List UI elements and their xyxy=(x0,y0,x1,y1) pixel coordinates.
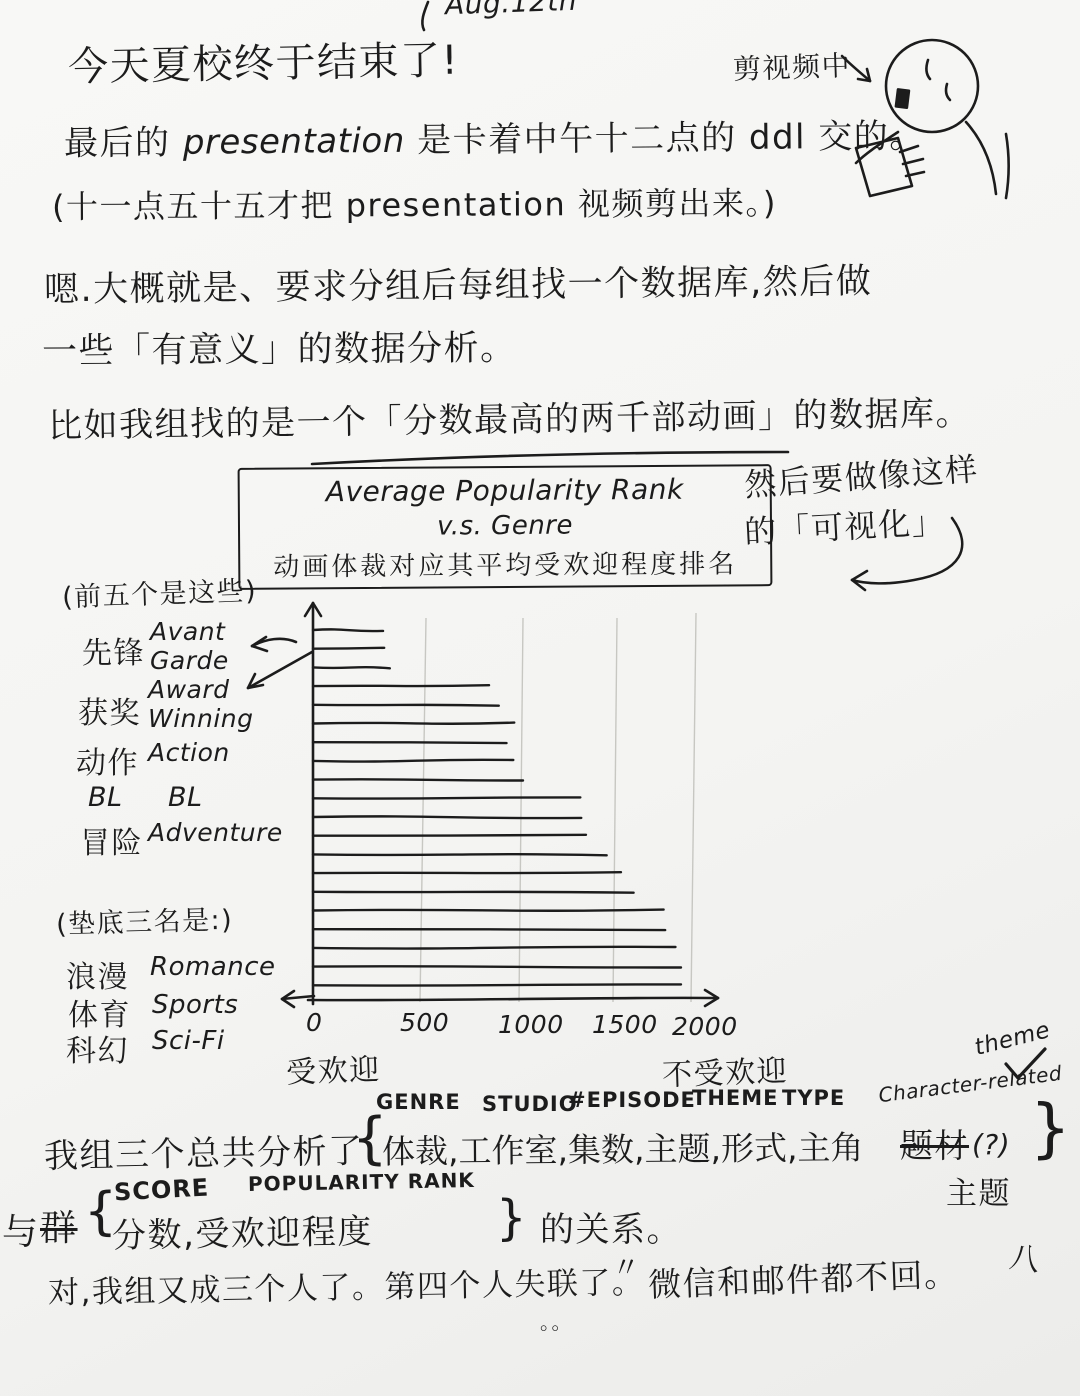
chart-axes xyxy=(305,603,718,1006)
chart-bar xyxy=(313,854,607,855)
note-line-4: 嗯.大概就是、要求分组后每组找一个数据库,然后做 xyxy=(44,254,873,313)
analysis-line1-close-brace: } xyxy=(1030,1092,1072,1166)
chart-gridlines xyxy=(420,613,696,1002)
theme-note: theme xyxy=(972,1017,1053,1061)
top5-heading: (前五个是这些) xyxy=(61,569,257,615)
chart-bar xyxy=(313,648,384,649)
x-axis-left-label: 受欢迎 xyxy=(285,1044,381,1091)
genre-zh-avant: 先锋 xyxy=(82,628,145,672)
analysis-line3b: 微信和邮件都不回。 xyxy=(647,1249,959,1307)
x-axis-arrowhead-icon xyxy=(705,990,718,1006)
chart-title-line2: v.s. Genre xyxy=(437,511,573,542)
analysis-line2-struck: 群 xyxy=(40,1200,78,1251)
chart-bar xyxy=(313,705,499,706)
note-line-5: 一些「有意义」的数据分析。 xyxy=(42,320,517,373)
genre-zh-scifi: 科幻 xyxy=(66,1026,129,1070)
chart-title-box: Average Popularity Rank v.s. Genre 动画体裁对… xyxy=(238,464,773,590)
dots-mark: 。。 xyxy=(540,1306,573,1335)
chart-bar xyxy=(313,984,681,985)
label-arrow-left-icon xyxy=(252,637,296,651)
analysis-line2-close-brace: } xyxy=(496,1190,528,1246)
col-label-theme: THEME xyxy=(692,1086,779,1110)
genre-zh-action: 动作 xyxy=(76,738,139,782)
analysis-line2-prefix: 与 xyxy=(2,1204,40,1255)
titlebox-top-stroke xyxy=(312,452,788,464)
col-label-episode: #EPISODE xyxy=(568,1088,696,1112)
x-tick-1000: 1000 xyxy=(498,1010,564,1039)
chart-bar xyxy=(313,667,390,668)
date-paren-stroke xyxy=(422,2,428,30)
note-line-2-pre: 最后的 xyxy=(64,123,171,164)
analysis-line1-struck: 题材 xyxy=(900,1120,969,1167)
chart-bar xyxy=(313,797,580,798)
genre-zh-adventure: 冒险 xyxy=(80,818,143,862)
note-line-6: 比如我组找的是一个「分数最高的两千部动画」的数据库。 xyxy=(48,386,972,448)
note-line-2-post: 是卡着中午十二点的 ddl 交的。 xyxy=(417,116,925,160)
chart-bar xyxy=(313,947,675,949)
col-label-studio: STUDIO xyxy=(482,1092,578,1116)
genre-en-romance: Romance xyxy=(150,952,276,982)
genre-en-sports: Sports xyxy=(152,990,238,1020)
bar-chart xyxy=(270,585,740,1055)
x-tick-500: 500 xyxy=(400,1008,449,1037)
bottom3-heading: (垫底三名是:) xyxy=(56,898,234,942)
emoticon-mark: 八 xyxy=(1007,1232,1044,1280)
date-fragment: Aug.12th xyxy=(444,0,577,21)
analysis-line1-question: (?) xyxy=(972,1128,1010,1161)
handwritten-note-page: Aug.12th 今天夏校终于结束了! 最后的 presentation 是卡着… xyxy=(0,0,1080,1396)
note-line-2: 最后的 presentation 是卡着中午十二点的 ddl 交的。 xyxy=(64,108,925,165)
score-label: SCORE xyxy=(113,1174,210,1207)
chart-bars xyxy=(313,629,681,985)
genre-en-action: Action xyxy=(148,738,230,767)
chart-bar xyxy=(313,872,621,873)
genre-zh-bl: BL xyxy=(88,782,123,813)
genre-en-scifi: Sci-Fi xyxy=(152,1026,225,1056)
analysis-line1-correction: 主题 xyxy=(946,1168,1011,1213)
chart-bar xyxy=(313,835,586,836)
analysis-line3: 对,我组又成三个人了。第四个人失联了。 xyxy=(48,1257,645,1312)
chart-bar xyxy=(313,892,634,893)
x-tick-1500: 1500 xyxy=(592,1010,658,1039)
x-tick-2000: 2000 xyxy=(672,1012,738,1041)
analysis-line1-prefix: 我组三个总共分析了 xyxy=(44,1123,364,1178)
y-axis-arrowhead-icon xyxy=(305,603,321,616)
genre-en-avant: Avant Garde xyxy=(150,618,236,676)
genre-en-bl: BL xyxy=(168,782,203,813)
chart-bar xyxy=(313,742,507,743)
viz-note-line2: 的「可视化」 xyxy=(743,497,946,553)
chart-bar xyxy=(313,723,514,724)
chart-bar xyxy=(313,779,523,780)
bottom-arrow-left-icon xyxy=(282,991,314,1007)
genre-en-adventure: Adventure xyxy=(148,818,283,847)
viz-note-line1: 然后要做像这样 xyxy=(743,444,980,506)
note-line-2-en: presentation xyxy=(183,121,405,163)
genre-zh-award: 获奖 xyxy=(78,688,141,732)
col-label-type: TYPE xyxy=(782,1086,845,1110)
label-arrow-diagonal-icon xyxy=(248,652,312,688)
analysis-line2-items: 分数,受欢迎程度 xyxy=(112,1204,374,1258)
note-line-1: 今天夏校终于结束了! xyxy=(68,29,460,93)
analysis-line2-suffix: 的关系。 xyxy=(540,1202,682,1251)
chart-bar xyxy=(313,910,664,911)
chart-title-line1: Average Popularity Rank xyxy=(326,473,684,508)
genre-en-award: Award Winning xyxy=(148,676,242,734)
video-note: 剪视频中 xyxy=(732,44,851,88)
chart-bar xyxy=(313,760,513,762)
chart-subtitle-zh: 动画体裁对应其平均受欢迎程度排名 xyxy=(273,543,737,583)
chart-bar xyxy=(313,629,383,631)
x-tick-0: 0 xyxy=(306,1008,322,1037)
chart-bar xyxy=(313,966,681,967)
analysis-line3-marks: 〃 xyxy=(612,1246,642,1286)
analysis-line1-items: 体裁,工作室,集数,主题,形式,主角 xyxy=(382,1122,864,1173)
note-line-3: (十一点五十五才把 presentation 视频剪出来。) xyxy=(52,178,777,228)
popularity-rank-label: POPULARITY RANK xyxy=(248,1168,475,1196)
chart-bar xyxy=(313,685,489,686)
chart-bar xyxy=(313,816,581,818)
chart-bar xyxy=(313,929,665,930)
